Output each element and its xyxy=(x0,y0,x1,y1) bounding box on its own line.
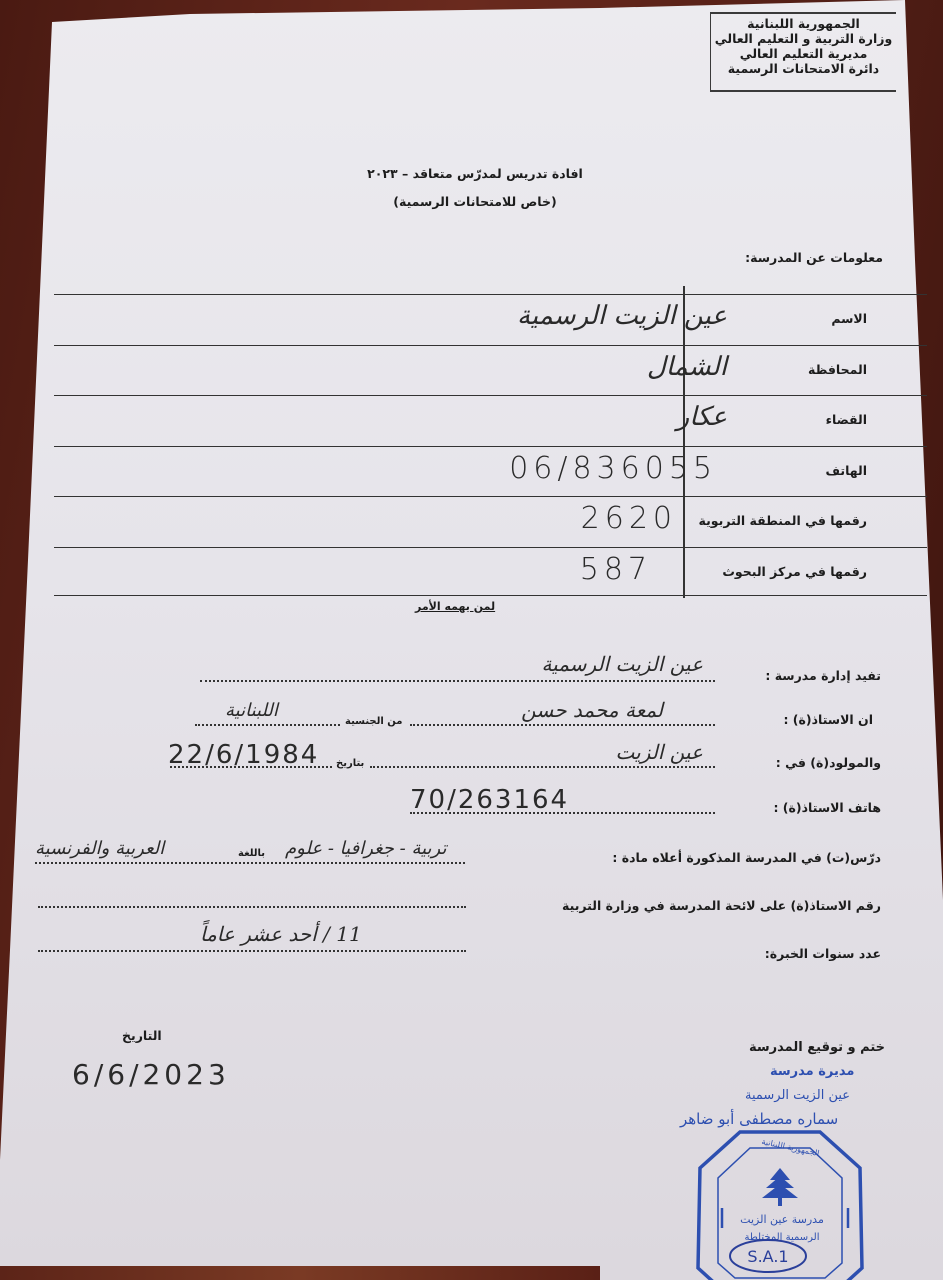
row-label: رقمها في المنطقة التربوية xyxy=(699,513,867,528)
official-seal-icon: مدرسة عين الزيت الرسمية المختلطة S.A.1 ا… xyxy=(690,1128,870,1280)
language-label: باللغة xyxy=(238,848,265,859)
row-label: رقمها في مركز البحوث xyxy=(722,564,867,579)
table-row: رقمها في مركز البحوث 587 xyxy=(54,547,927,596)
stamp-line-school: عين الزيت الرسمية xyxy=(745,1088,850,1103)
to-whom-it-may-concern: لمن يهمه الأمر xyxy=(415,600,495,613)
table-row: القضاء عكار xyxy=(54,395,927,446)
nationality-label: من الجنسية xyxy=(345,716,402,727)
stamp-line-name: سماره مصطفى أبو ضاهر xyxy=(680,1110,838,1128)
school-info-table: الاسم عين الزيت الرسمية المحافظة الشمال … xyxy=(54,294,927,596)
document-title: افادة تدريس لمدرّس متعاقد – ٢٠٢٣ (خاص لل… xyxy=(300,160,650,216)
teacher-phone-label: هاتف الاستاذ(ة) : xyxy=(773,800,881,815)
row-value: 587 xyxy=(580,552,652,587)
birth-date-value: 22/6/1984 xyxy=(168,740,319,770)
table-row: الاسم عين الزيت الرسمية xyxy=(54,294,927,345)
birth-label: والمولود(ة) في : xyxy=(776,755,881,770)
dotted-line xyxy=(200,680,715,682)
dotted-line xyxy=(370,766,715,768)
header-line: دائرة الامتحانات الرسمية xyxy=(711,61,896,76)
teacher-label: ان الاستاذ(ة) : xyxy=(783,712,873,727)
row-value: 2620 xyxy=(581,501,677,536)
row-label: الاسم xyxy=(831,311,867,326)
row-label: الهاتف xyxy=(825,463,867,478)
ministry-number-label: رقم الاستاذ(ة) على لائحة المدرسة في وزار… xyxy=(562,898,881,913)
experience-label: عدد سنوات الخبرة: xyxy=(765,946,881,961)
row-value: الشمال xyxy=(647,352,727,382)
school-admin-value: عين الزيت الرسمية xyxy=(541,652,703,676)
row-label: المحافظة xyxy=(808,362,867,377)
date-label: التاريخ xyxy=(122,1028,162,1043)
teacher-phone-value: 70/263164 xyxy=(410,785,569,815)
stamp-signature-label: ختم و توقيع المدرسة xyxy=(749,1040,885,1055)
school-info-label: معلومات عن المدرسة: xyxy=(745,250,883,265)
title-main: افادة تدريس لمدرّس متعاقد – ٢٠٢٣ xyxy=(300,160,650,188)
svg-text:S.A.1: S.A.1 xyxy=(747,1247,788,1266)
header-line: الجمهورية اللبنانية xyxy=(711,16,896,31)
table-row: المحافظة الشمال xyxy=(54,345,927,396)
row-value: 06/836055 xyxy=(509,451,717,486)
dotted-line xyxy=(195,724,340,726)
school-admin-label: تفيد إدارة مدرسة : xyxy=(765,668,881,683)
svg-text:الجمهورية اللبنانية: الجمهورية اللبنانية xyxy=(761,1137,820,1158)
header-line: وزارة التربية و التعليم العالي xyxy=(711,31,896,46)
ministry-header-box: الجمهورية اللبنانية وزارة التربية و التع… xyxy=(710,12,896,92)
stamp-line-title: مديرة مدرسة xyxy=(770,1064,854,1079)
row-value: عين الزيت الرسمية xyxy=(517,301,727,331)
subjects-label: درّس(ت) في المدرسة المذكورة أعلاه مادة : xyxy=(612,850,881,865)
header-line: مديرية التعليم العالي xyxy=(711,46,896,61)
title-sub: (خاص للامتحانات الرسمية) xyxy=(300,188,650,216)
dotted-line xyxy=(38,906,466,908)
subjects-value-b: العربية والفرنسية xyxy=(35,838,164,859)
dotted-line xyxy=(38,950,466,952)
table-row: رقمها في المنطقة التربوية 2620 xyxy=(54,496,927,547)
nationality-value: اللبنانية xyxy=(225,700,278,721)
date-value: 6/6/2023 xyxy=(72,1058,230,1091)
dotted-line xyxy=(410,724,715,726)
cedar-tree-icon xyxy=(762,1168,798,1206)
dotted-line xyxy=(35,862,465,864)
birth-date-label: بتاريخ xyxy=(336,758,364,769)
table-surface xyxy=(0,1266,600,1280)
subjects-value-a: تربية - جغرافيا - علوم xyxy=(285,838,447,859)
experience-value: 11 / أحد عشر عاماً xyxy=(200,922,362,946)
row-label: القضاء xyxy=(826,412,867,427)
teacher-name-value: لمعة محمد حسن xyxy=(521,698,663,722)
svg-text:مدرسة عين الزيت: مدرسة عين الزيت xyxy=(740,1213,824,1226)
row-value: عكار xyxy=(677,402,727,432)
birth-place-value: عين الزيت xyxy=(616,740,703,764)
table-row: الهاتف 06/836055 xyxy=(54,446,927,497)
